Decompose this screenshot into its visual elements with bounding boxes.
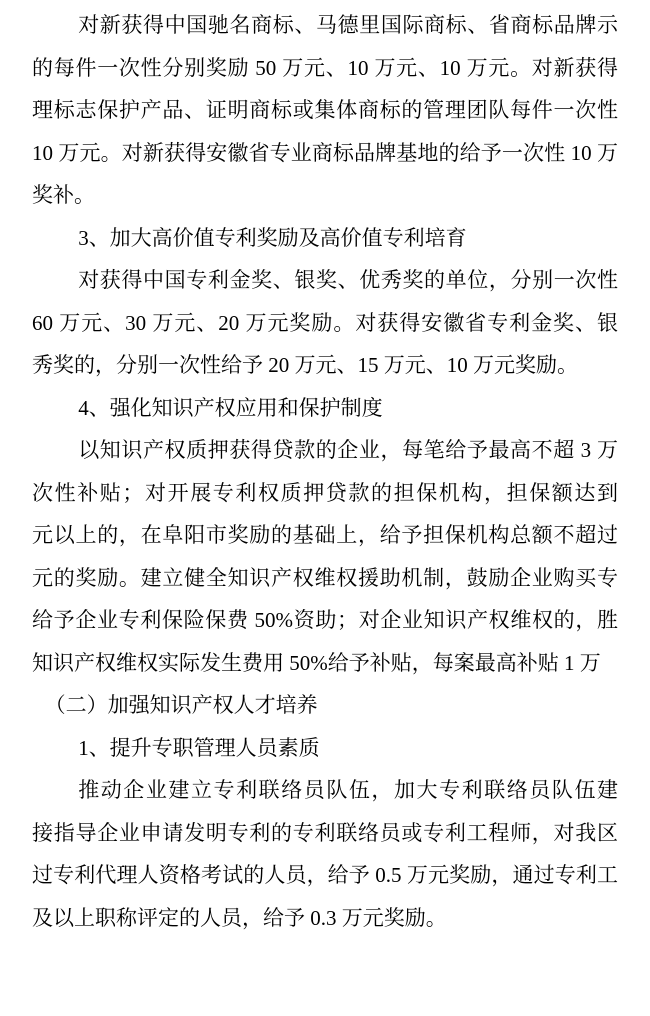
paragraph-patent-award-rewards: 对获得中国专利金奖、银奖、优秀奖的单位，分别一次性给予 60 万元、30 万元、… bbox=[32, 259, 618, 387]
text-line: 的每件一次性分别奖励 50 万元、10 万元、10 万元。对新获得国家地 bbox=[32, 47, 618, 90]
text-line: 理标志保护产品、证明商标或集体商标的管理团队每件一次性奖励 bbox=[32, 89, 618, 132]
section-heading-ip-talent: （二）加强知识产权人才培养 bbox=[32, 684, 618, 727]
text-line: 60 万元、30 万元、20 万元奖励。对获得安徽省专利金奖、银奖、优 bbox=[32, 302, 618, 345]
text-line: 以知识产权质押获得贷款的企业，每笔给予最高不超 3 万元的一 bbox=[32, 429, 618, 472]
text-line: 及以上职称评定的人员，给予 0.3 万元奖励。 bbox=[32, 897, 618, 940]
paragraph-trademark-rewards: 对新获得中国驰名商标、马德里国际商标、省商标品牌示范企业 的每件一次性分别奖励 … bbox=[32, 4, 618, 217]
text-line: 元以上的，在阜阳市奖励的基础上，给予担保机构总额不超过 20 万 bbox=[32, 514, 618, 557]
heading-high-value-patents: 3、加大高价值专利奖励及高价值专利培育 bbox=[32, 217, 618, 260]
heading-line: 3、加大高价值专利奖励及高价值专利培育 bbox=[32, 217, 618, 260]
heading-improve-managers: 1、提升专职管理人员素质 bbox=[32, 727, 618, 770]
document-page: 对新获得中国驰名商标、马德里国际商标、省商标品牌示范企业 的每件一次性分别奖励 … bbox=[0, 0, 650, 1016]
heading-line: 1、提升专职管理人员素质 bbox=[32, 727, 618, 770]
text-line: 10 万元。对新获得安徽省专业商标品牌基地的给予一次性 10 万元的 bbox=[32, 132, 618, 175]
text-line: 对新获得中国驰名商标、马德里国际商标、省商标品牌示范企业 bbox=[32, 4, 618, 47]
section-heading-line: （二）加强知识产权人才培养 bbox=[32, 684, 618, 727]
heading-line: 4、强化知识产权应用和保护制度 bbox=[32, 387, 618, 430]
heading-ip-application-protection: 4、强化知识产权应用和保护制度 bbox=[32, 387, 618, 430]
text-line: 元的奖励。建立健全知识产权维权援助机制，鼓励企业购买专利保险， bbox=[32, 557, 618, 600]
text-line: 知识产权维权实际发生费用 50%给予补贴，每案最高补贴 1 万元。 bbox=[32, 642, 618, 685]
text-line: 接指导企业申请发明专利的专利联络员或专利工程师，对我区当年通 bbox=[32, 812, 618, 855]
text-line: 过专利代理人资格考试的人员，给予 0.5 万元奖励，通过专利工程师 bbox=[32, 854, 618, 897]
text-line: 推动企业建立专利联络员队伍，加大专利联络员队伍建设，对直 bbox=[32, 769, 618, 812]
paragraph-patent-liaison-rewards: 推动企业建立专利联络员队伍，加大专利联络员队伍建设，对直 接指导企业申请发明专利… bbox=[32, 769, 618, 939]
text-line: 次性补贴；对开展专利权质押贷款的担保机构，担保额达到 3000 万 bbox=[32, 472, 618, 515]
text-line: 给予企业专利保险保费 50%资助；对企业知识产权维权的，胜诉后按 bbox=[32, 599, 618, 642]
text-line: 对获得中国专利金奖、银奖、优秀奖的单位，分别一次性给予 bbox=[32, 259, 618, 302]
text-line: 奖补。 bbox=[32, 174, 618, 217]
text-line: 秀奖的，分别一次性给予 20 万元、15 万元、10 万元奖励。 bbox=[32, 344, 618, 387]
paragraph-ip-pledge-loans: 以知识产权质押获得贷款的企业，每笔给予最高不超 3 万元的一 次性补贴；对开展专… bbox=[32, 429, 618, 684]
